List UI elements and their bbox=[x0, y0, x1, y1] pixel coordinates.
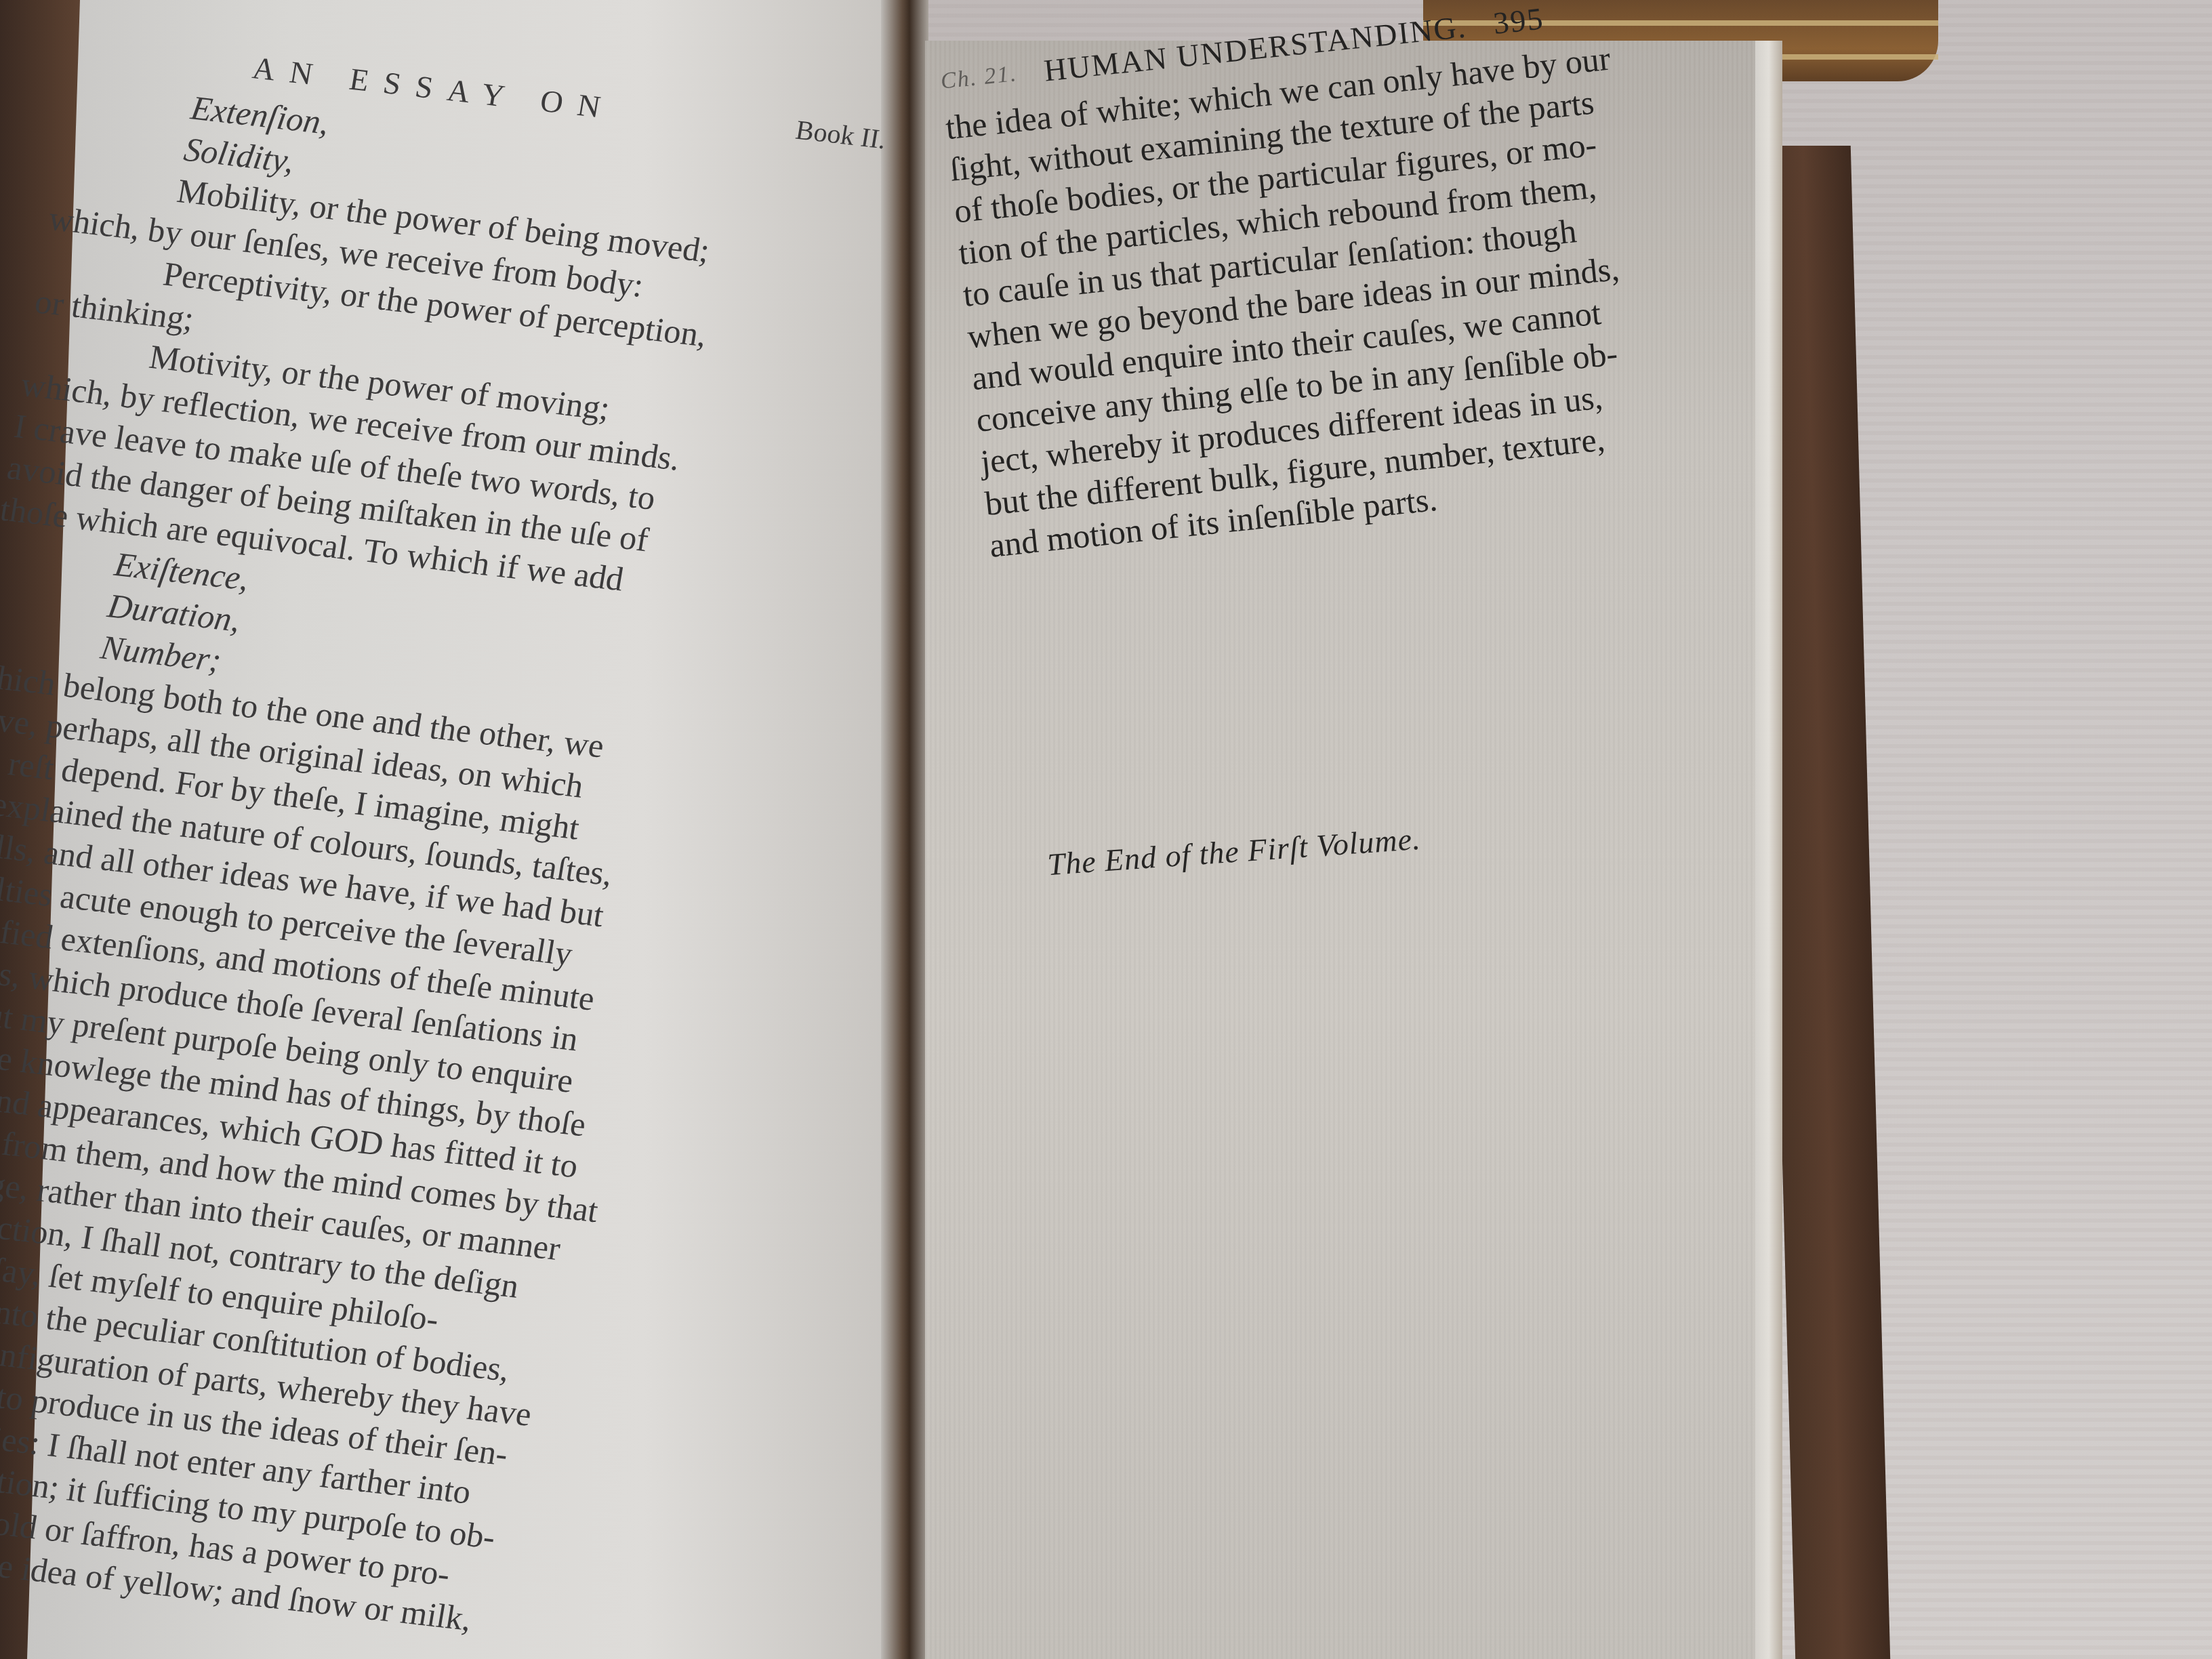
book-gutter bbox=[881, 0, 928, 1659]
page-edges bbox=[1755, 41, 1782, 1659]
running-head-chapter: Ch. 21. bbox=[939, 53, 1019, 102]
page-number: 395 bbox=[1491, 0, 1546, 45]
right-page-text: Ch. 21. HUMAN UNDERSTANDING. 395 the ide… bbox=[939, 0, 1656, 567]
